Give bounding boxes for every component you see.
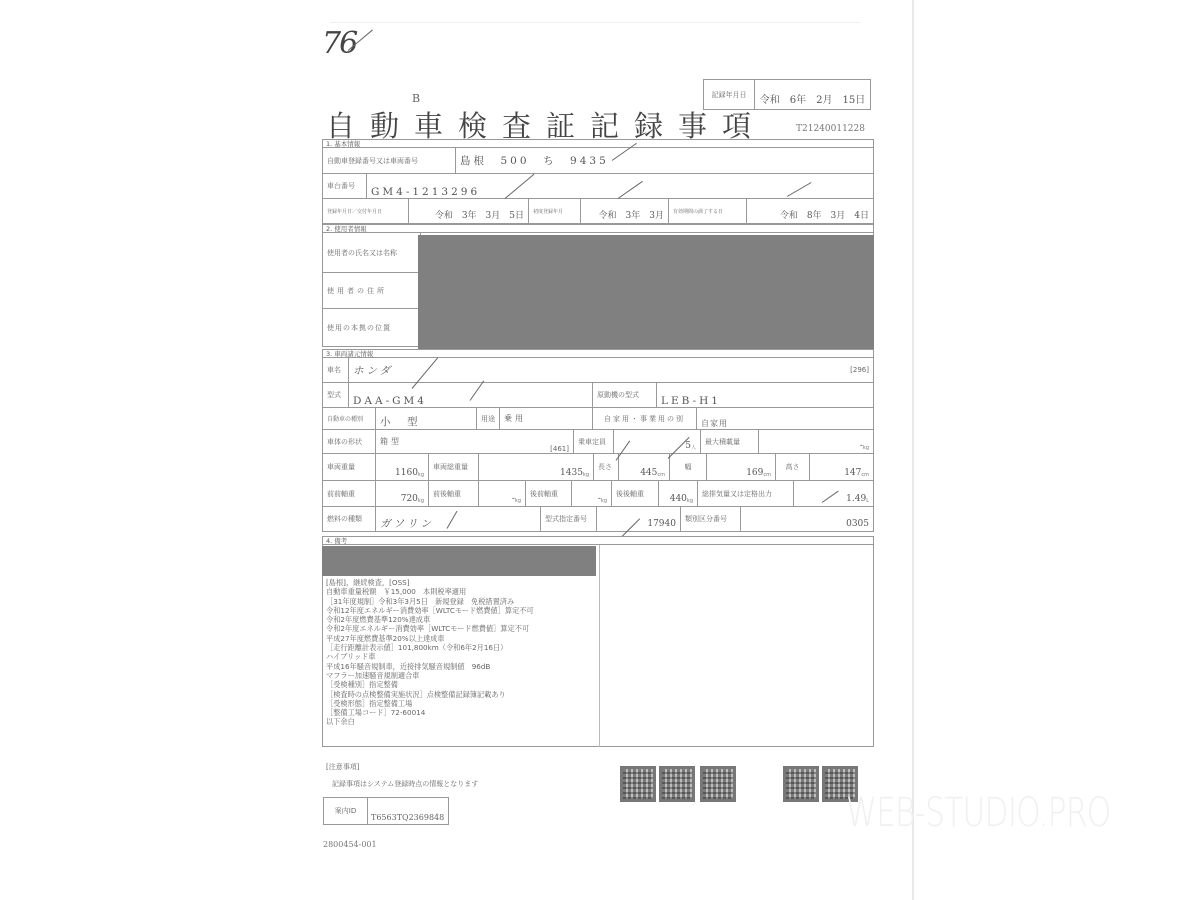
expiry-value: 令和 8年 3月 4日 (747, 199, 873, 223)
first-year-label: 初度登録年月 (529, 199, 581, 223)
scan-line (330, 22, 860, 23)
section-basic-header: 1. 基本情報 (322, 139, 874, 148)
vehicle-type-label: 自動車の種別 (323, 408, 376, 429)
first-reg-value: 令和 3年 3月 5日 (409, 199, 529, 223)
basic-info-table: 自動車登録番号又は車両番号 島根 500 ち 9435 車台番号 GM4-121… (322, 148, 874, 224)
redaction-remarks (322, 546, 596, 576)
width-value: 169cm (707, 454, 776, 480)
max-load-value: -kg (759, 430, 873, 453)
private-label: 自家用・事業用の別 (593, 408, 697, 429)
section-user-header: 2. 使用者情報 (322, 224, 874, 233)
height-label: 高さ (776, 454, 810, 480)
model-value: DAA-GM4 (349, 383, 593, 407)
qr-code-icon (659, 766, 695, 802)
spec-number-label: 型式指定番号 (541, 507, 597, 531)
rear-rear-axle-label: 後後軸重 (612, 481, 659, 506)
engine-value: LEB-H1 (657, 383, 873, 407)
record-date-label: 記録年月日 (704, 80, 755, 109)
body-value: 箱型 [461] (376, 430, 574, 453)
rear-front-axle-value: -kg (572, 481, 612, 506)
width-label: 幅 (670, 454, 707, 480)
handwritten-note: 76 (322, 26, 356, 61)
vehicle-info-table: 車名 ホンダ [296] 型式 DAA-GM4 原動機の型式 LEB-H1 自動… (322, 358, 874, 532)
remarks-text: [島根]，継続検査，[OSS] 自動車重量税額 ￥15,000 本則税率適用 ［… (326, 578, 534, 727)
maker-code: [296] (850, 366, 869, 374)
gross-weight-label: 車両総重量 (429, 454, 479, 480)
chassis-value: GM4-1213296 (367, 174, 873, 198)
record-date-box: 記録年月日 令和 6年 2月 15日 (703, 79, 871, 110)
capacity-label: 乗車定員 (574, 430, 614, 453)
first-reg-label: 登録年月日／交付年月日 (323, 199, 409, 223)
user-name-label: 使用者の氏名又は名称 (323, 233, 421, 272)
remarks-divider (599, 545, 600, 747)
chassis-label: 車台番号 (323, 174, 367, 198)
rear-front-axle-label: 後前軸重 (526, 481, 572, 506)
page-edge (912, 0, 914, 900)
class-number-value: 0305 (741, 507, 873, 531)
vehicle-type-value: 小 型 (376, 408, 477, 429)
max-load-label: 最大積載量 (701, 430, 759, 453)
use-label: 用途 (477, 408, 500, 429)
maker-label: 車名 (323, 358, 349, 382)
use-value: 乗用 (500, 408, 593, 429)
redaction-user-info (418, 235, 874, 350)
rear-rear-axle-value: 440kg (659, 481, 698, 506)
section-remarks-header: 4. 備考 (322, 536, 874, 545)
case-id-box: 案内ID T6563TQ2369848 (323, 797, 449, 825)
body-label: 車体の形状 (323, 430, 376, 453)
qr-code-icon (783, 766, 819, 802)
weight-value: 1160kg (376, 454, 429, 480)
length-label: 長さ (594, 454, 619, 480)
notice-heading: [注意事項] (326, 762, 359, 772)
first-year-value: 令和 3年 3月 (581, 199, 669, 223)
expiry-label: 有効期間の満了する日 (669, 199, 747, 223)
base-location-label: 使用の本拠の位置 (323, 309, 421, 346)
front-rear-axle-value: -kg (479, 481, 526, 506)
private-value: 自家用 (697, 408, 873, 429)
fuel-label: 燃料の種類 (323, 507, 376, 531)
class-number-label: 類別区分番号 (681, 507, 741, 531)
case-id-label: 案内ID (324, 798, 368, 824)
qr-code-icon (700, 766, 736, 802)
watermark: WEB-STUDIO.PRO (846, 790, 1111, 836)
record-date-value: 令和 6年 2月 15日 (755, 80, 870, 109)
front-front-axle-value: 720kg (376, 481, 429, 506)
gross-weight-value: 1435kg (479, 454, 594, 480)
displacement-label: 総排気量又は定格出力 (698, 481, 794, 506)
fuel-value: ガソリン (376, 507, 541, 531)
model-label: 型式 (323, 383, 349, 407)
footer-number: 2800454-001 (323, 840, 377, 849)
registration-label: 自動車登録番号又は車両番号 (323, 148, 456, 173)
user-address-label: 使用者の住所 (323, 273, 421, 308)
body-code: [461] (550, 445, 569, 453)
front-rear-axle-label: 前後軸重 (429, 481, 479, 506)
engine-label: 原動機の型式 (593, 383, 657, 407)
weight-label: 車両重量 (323, 454, 376, 480)
front-front-axle-label: 前前軸重 (323, 481, 376, 506)
registration-value: 島根 500 ち 9435 (456, 148, 873, 173)
notice-text: 記録事項はシステム登録時点の情報となります (332, 779, 478, 789)
length-value: 445cm (619, 454, 670, 480)
case-id-value: T6563TQ2369848 (368, 798, 448, 824)
height-value: 147cm (810, 454, 873, 480)
qr-code-icon (620, 766, 656, 802)
section-vehicle-header: 3. 車両諸元情報 (322, 349, 874, 358)
document-number: T21240011228 (796, 124, 865, 134)
